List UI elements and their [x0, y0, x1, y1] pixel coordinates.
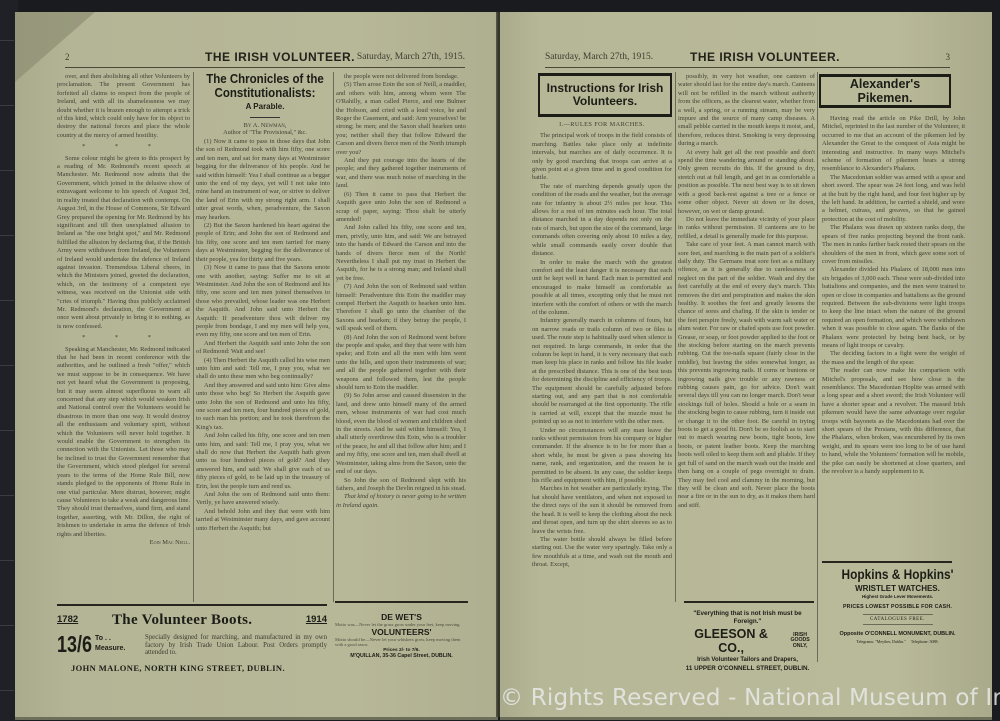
masthead: THE IRISH VOLUNTEER. [690, 50, 946, 64]
boots-title: The Volunteer Boots. [112, 612, 252, 629]
paragraph: The deciding factors in a fight were the… [822, 350, 965, 367]
paragraph: (9) So John arose and caused dissension … [336, 392, 466, 476]
paragraph: (4) Then Herbert the Asquith called his … [196, 357, 330, 382]
paragraph: So John the son of Redmond slept with hi… [336, 477, 466, 494]
right-page-header: Saturday, March 27th, 1915. THE IRISH VO… [545, 50, 950, 68]
gleeson-quote: "Everything that is not Irish must be Fo… [680, 610, 815, 625]
paragraph: And behold John and they that were with … [196, 508, 330, 533]
issue-date: Saturday, March 27th, 1915. [545, 52, 690, 62]
boots-description: Specially designed for marching, and man… [145, 634, 327, 657]
section-break: * * * [57, 334, 190, 342]
chronicles-author-note: Author of "The Provisional," &c. [195, 129, 335, 136]
paragraph: The principal work of troops in the fiel… [532, 132, 672, 182]
hopkins-ad: Hopkins & Hopkins' WRISTLET WATCHES. Hig… [820, 566, 975, 644]
paragraph: In order to make the march with the grea… [532, 259, 672, 318]
paragraph: And John the son of Redmond said unto th… [196, 491, 330, 508]
paragraph: (1) Now it came to pass in those days th… [196, 138, 330, 222]
chronicles-body: (1) Now it came to pass in those days th… [196, 138, 330, 603]
volunteer-boots-ad: 1782 The Volunteer Boots. 1914 13/6 To .… [57, 612, 327, 668]
irish-goods-only: IRISH GOODS ONLY, [785, 633, 815, 650]
paragraph: (5) Then arose Eoin the son of Neill, a … [336, 81, 466, 157]
paragraph: And John called his fifty, one score and… [196, 432, 330, 491]
pikemen-column: Having read the article on Pike Drill, b… [822, 115, 965, 552]
chronicles-heading: The Chronicles of the Constitutionalists… [195, 72, 335, 136]
hopkins-catalogues: CATALOGUES FREE. [863, 614, 933, 625]
boots-price: 13/6 [57, 632, 92, 656]
ad-divider [57, 604, 327, 606]
paragraph: (8) And John the son of Redmond went bef… [336, 334, 466, 393]
chronicles-byline: By A. Newman, [195, 122, 335, 129]
boots-year-left: 1782 [57, 614, 78, 625]
gleeson-address: 11 UPPER O'CONNELL STREET, DUBLIN. [680, 665, 815, 672]
paragraph: possibly, in very hot weather, one cante… [678, 73, 815, 149]
gleeson-ad: "Everything that is not Irish must be Fo… [680, 610, 815, 672]
page-number: 2 [65, 52, 205, 62]
paragraph: The Phalanx was drawn up sixteen ranks d… [822, 224, 965, 266]
closing-line: That kind of history is never going to b… [336, 493, 466, 510]
hopkins-address: Opposite O'CONNELL MONUMENT, DUBLIN. [820, 631, 975, 637]
pikemen-title: Alexander's Pikemen. [821, 77, 949, 105]
paragraph: (3) Now it came to pass that the Saxons … [196, 264, 330, 340]
hopkins-tagline: Highest Grade Lever Movements. [820, 594, 975, 599]
ad-divider [822, 561, 952, 563]
boots-year-right: 1914 [306, 614, 327, 625]
paragraph: And John called his fifty, one score and… [336, 224, 466, 283]
gleeson-subtitle: Irish Volunteer Tailors and Drapers, [680, 657, 815, 663]
paragraph: The reader can now make his comparison w… [822, 367, 965, 476]
instructions-title: Instructions for Irish Volunteers. [540, 82, 670, 108]
column-divider [675, 72, 676, 602]
paragraph: The water bottle should always be filled… [532, 536, 672, 570]
dewet-ad: DE WET'S Motto was—Never let the grass g… [335, 612, 468, 659]
hopkins-telephone: Telephone: 3088. [911, 639, 939, 644]
section-heading: I.—RULES FOR MARCHES. [532, 121, 672, 129]
paragraph: And Herbert the Asquith said unto John t… [196, 340, 330, 357]
hopkins-telegrams: Telegrams: "Meyther, Dublin." [856, 639, 905, 644]
instructions-column-2: possibly, in very hot weather, one cante… [678, 73, 815, 593]
dewet-heading: DE WET'S [335, 612, 468, 622]
paragraph: (7) And John the son of Redmond said wit… [336, 283, 466, 333]
paragraph: Do not leave the immediate vicinity of y… [678, 216, 815, 241]
hopkins-prices: PRICES LOWEST POSSIBLE FOR CASH. [820, 604, 975, 610]
paragraph: Alexander divided his Phalanx of 18,000 … [822, 266, 965, 350]
hopkins-product: WRISTLET WATCHES. [820, 584, 975, 593]
paragraph: over, and then abolishing all other Volu… [57, 73, 190, 140]
paragraph: Speaking at Manchester, Mr. Redmond indi… [57, 346, 190, 539]
paragraph: Under no circumstances will any man leav… [532, 427, 672, 486]
ad-divider [335, 601, 468, 603]
paragraph: Take care of your feet. A man cannot mar… [678, 241, 815, 510]
folded-corner [15, 12, 95, 82]
chronicles-title-1: The Chronicles of the [201, 72, 330, 86]
section-break: * * * [57, 143, 190, 151]
hopkins-name: Hopkins & Hopkins' [832, 566, 964, 582]
pikemen-title-box: Alexander's Pikemen. [819, 74, 951, 108]
paragraph: (2) But the Saxon hardened his heart aga… [196, 222, 330, 264]
masthead: THE IRISH VOLUNTEER. [205, 50, 355, 64]
paragraph: Infantry generally march in columns of f… [532, 317, 672, 426]
paragraph: Marches in hot weather are particularly … [532, 485, 672, 535]
chronicles-title-2: Constitutionalists: [201, 86, 330, 100]
page-number: 3 [946, 52, 951, 62]
ad-divider [684, 601, 814, 603]
editorial-column: over, and then abolishing all other Volu… [57, 73, 190, 603]
volunteers-heading: VOLUNTEERS' [335, 627, 468, 637]
paragraph: The rate of marching depends greatly upo… [532, 183, 672, 259]
instructions-column-1: I.—RULES FOR MARCHES. The principal work… [532, 121, 672, 601]
issue-date: Saturday, March 27th, 1915. [355, 52, 465, 62]
gleeson-name: GLEESON & CO., [680, 627, 782, 655]
paragraph: Having read the article on Pike Drill, b… [822, 115, 965, 174]
dewet-address: M'QUILLAN, 35-36 Capel Street, DUBLIN. [335, 653, 468, 659]
chronicles-subtitle: A Parable. [195, 102, 335, 111]
rights-watermark: © Rights Reserved - National Museum of I… [500, 685, 1000, 711]
paragraph: Some colour might be given to this prosp… [57, 155, 190, 332]
signature: Eoin Mac Neill. [57, 539, 190, 547]
paragraph: The Macedonian soldier was armed with a … [822, 174, 965, 224]
boots-address: JOHN MALONE, NORTH KING STREET, DUBLIN. [71, 663, 285, 673]
column-divider [193, 72, 194, 602]
paragraph: And they put courage into the hearts of … [336, 157, 466, 191]
paragraph: And they answered and said unto him: Giv… [196, 382, 330, 432]
column-divider [333, 72, 334, 602]
boots-to-measure: To . . Measure. [95, 634, 129, 654]
left-page-header: 2 THE IRISH VOLUNTEER. Saturday, March 2… [65, 50, 465, 68]
instructions-title-box: Instructions for Irish Volunteers. [538, 73, 672, 117]
column-divider [817, 72, 818, 662]
volunteers-motto: Motto should be—Never let your whiskers … [335, 637, 468, 647]
paragraph: (6) Then it came to pass that Herbert th… [336, 191, 466, 225]
paragraph: At every halt get all the rest possible … [678, 149, 815, 216]
chronicles-continued: the people were not delivered from bonda… [336, 73, 466, 593]
paragraph: the people were not delivered from bonda… [336, 73, 466, 81]
